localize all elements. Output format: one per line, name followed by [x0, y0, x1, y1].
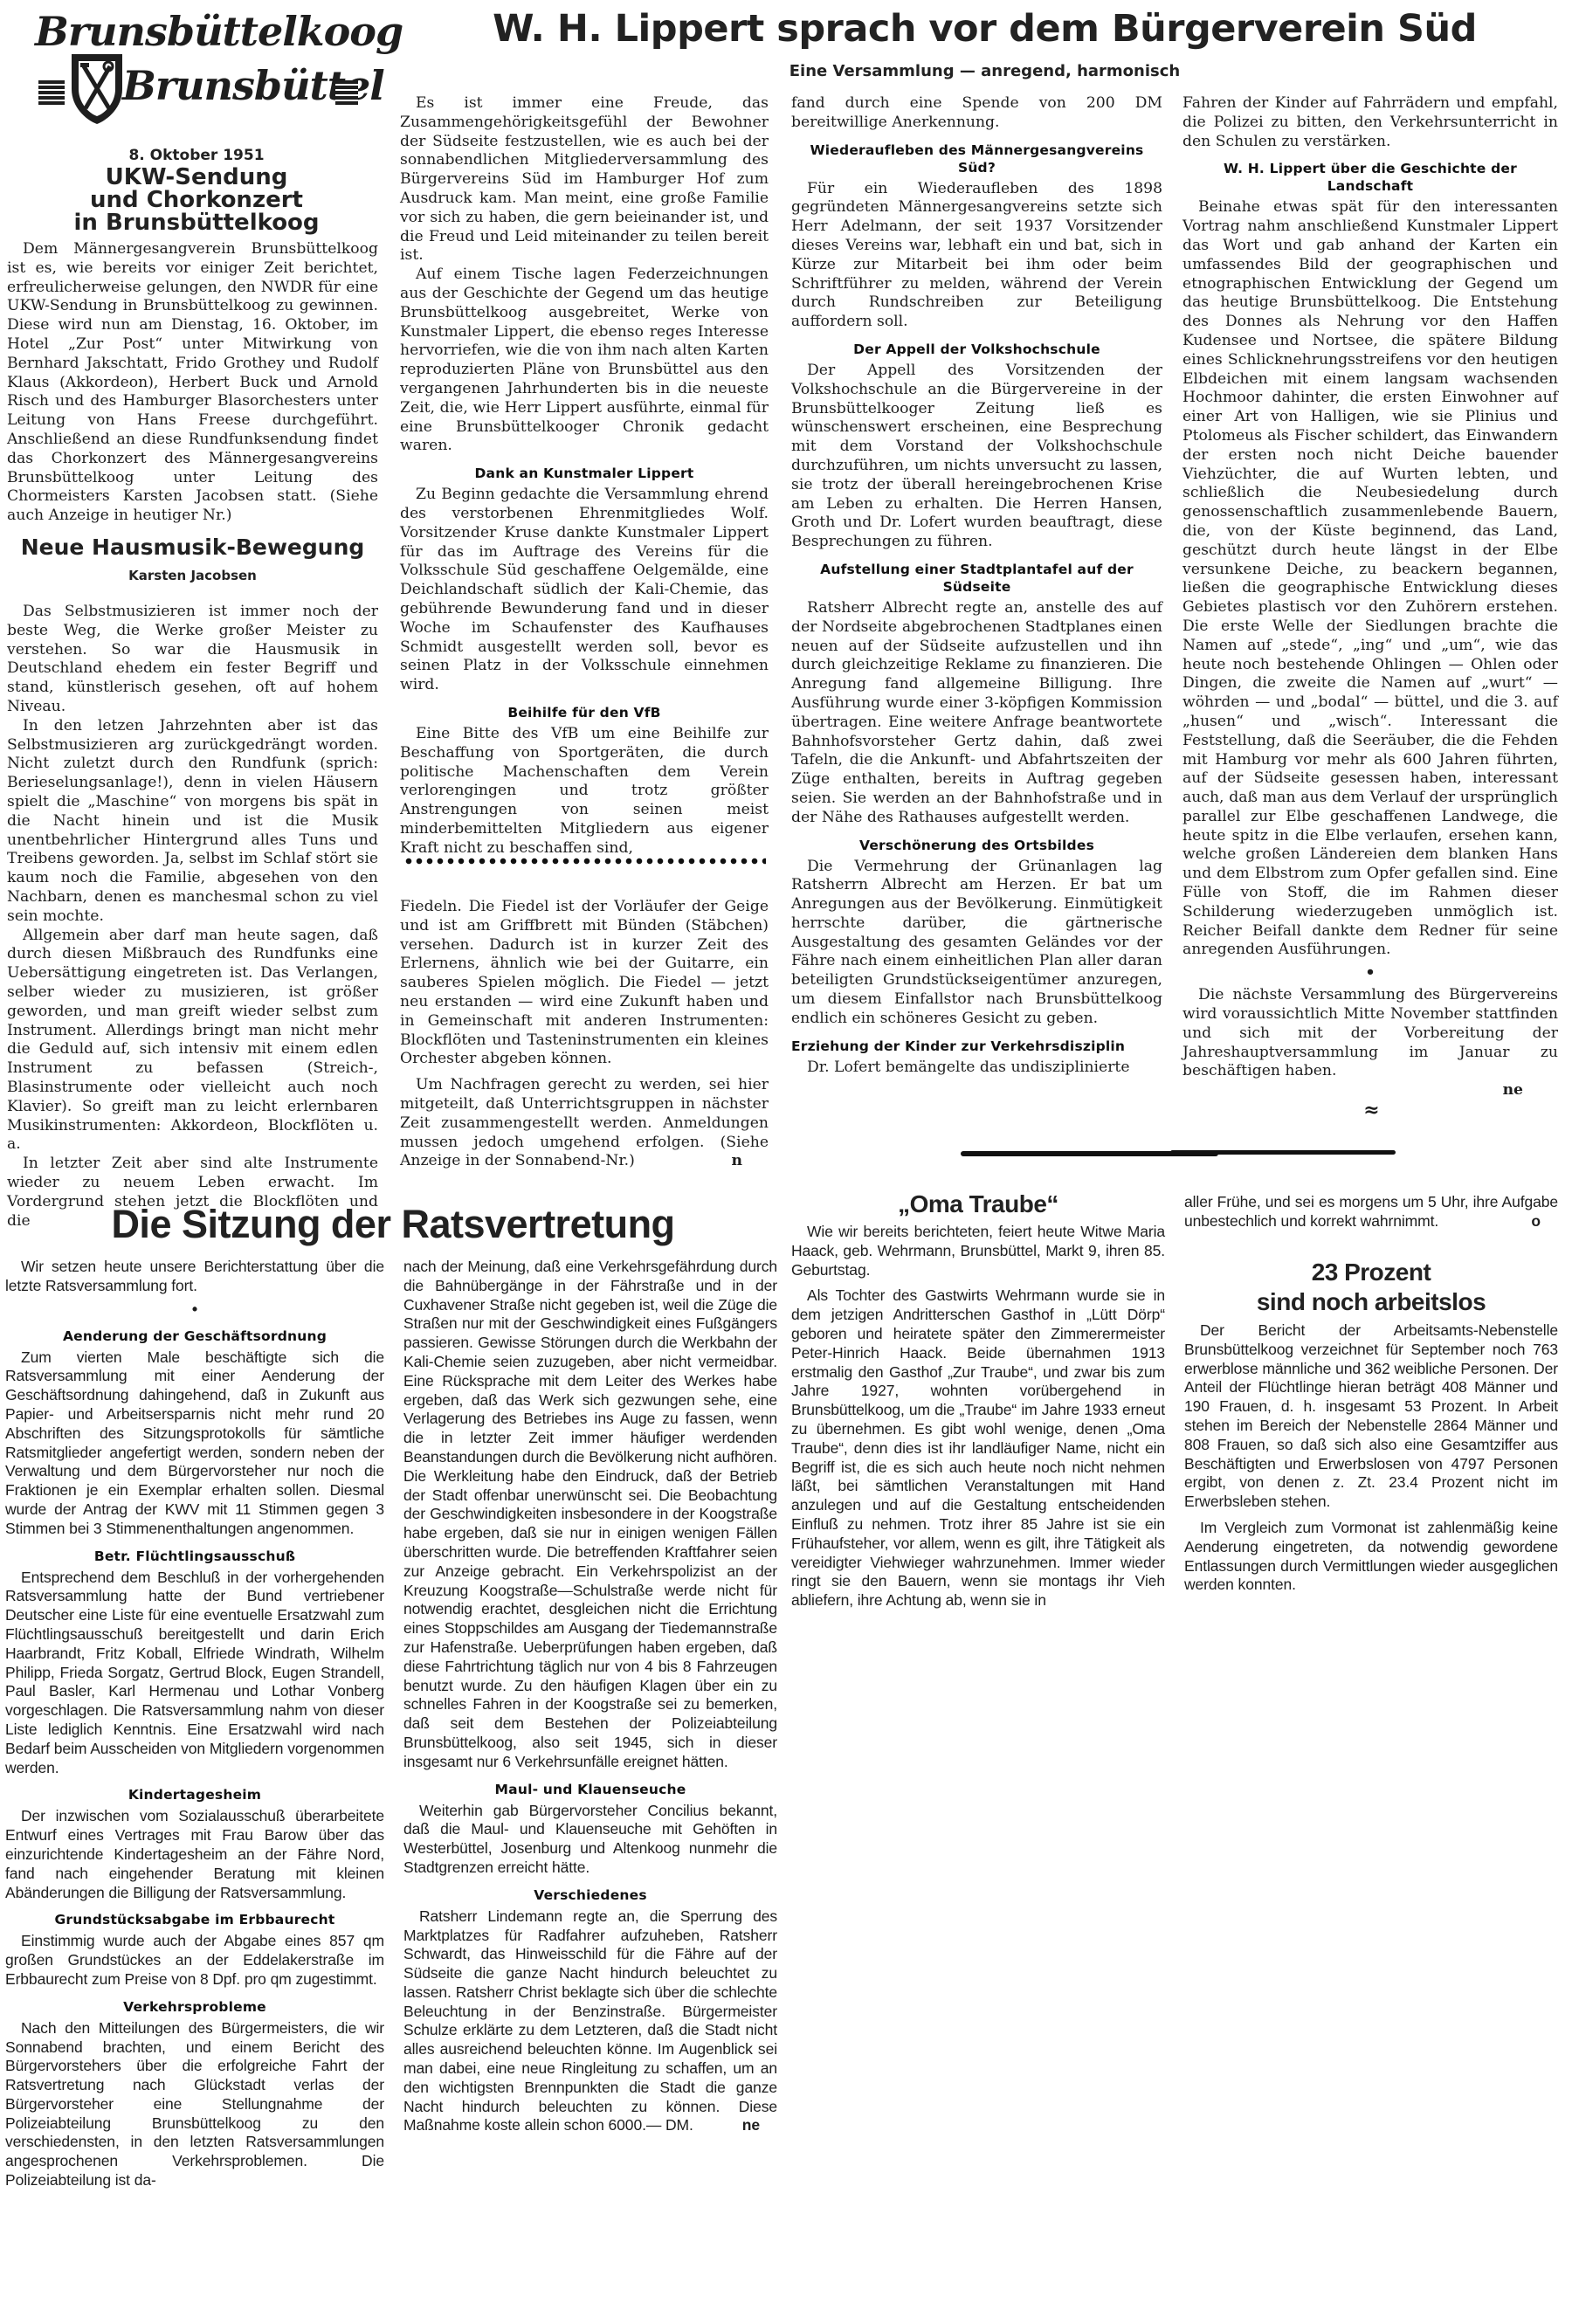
author-signature: ne	[1182, 1081, 1558, 1100]
hausmusik-headline: Neue Hausmusik-Bewegung	[7, 534, 378, 561]
lippert-column-3: Fahren der Kinder auf Fahrrädern und emp…	[1182, 94, 1558, 1120]
subhead-kindertagesheim: Kindertagesheim	[5, 1786, 384, 1803]
ratsvertretung-column-2: nach der Meinung, daß eine Verkehrsgefäh…	[403, 1258, 777, 2135]
coat-of-arms-icon	[68, 51, 126, 126]
hausmusik-author: Karsten Jacobsen	[7, 568, 378, 583]
subhead-verkehrsdisziplin: Erziehung der Kinder zur Verkehrsdiszipl…	[791, 1038, 1162, 1055]
ratsvertretung-headline: Die Sitzung der Ratsvertretung	[0, 1202, 786, 1247]
ratsvertretung-column-1: Wir setzen heute unsere Berichterstattun…	[5, 1258, 384, 2190]
end-mark: ≈	[1182, 1100, 1558, 1120]
subhead-ortsbild: Verschönerung des Ortsbildes	[791, 837, 1162, 854]
lippert-headline: W. H. Lippert sprach vor dem Bürgerverei…	[397, 3, 1572, 54]
masthead: Brunsbüttelkoog Brunsbüttel	[35, 7, 358, 138]
masthead-town-primary: Brunsbüttelkoog	[35, 7, 358, 56]
subhead-dank: Dank an Kunstmaler Lippert	[400, 465, 769, 482]
oma-traube-continuation: aller Frühe, und sei es morgens um 5 Uhr…	[1184, 1193, 1558, 1231]
banner-ribbon-right	[335, 80, 358, 105]
subhead-geschichte: W. H. Lippert über die Geschichte der La…	[1182, 160, 1558, 195]
subhead-vfb: Beihilfe für den VfB	[400, 704, 769, 721]
oma-traube-body: Wie wir bereits berichteten, feiert heut…	[791, 1223, 1165, 1610]
subhead-stadtplantafel: Aufstellung einer Stadtplantafel auf der…	[791, 561, 1162, 596]
lippert-subheadline: Eine Versammlung — anregend, harmonisch	[397, 61, 1572, 82]
banner-ribbon-left	[38, 80, 65, 105]
subhead-geschaeftsordnung: Aenderung der Geschäftsordnung	[5, 1328, 384, 1345]
hausmusik-continuation: Fiedeln. Die Fiedel ist der Vorläufer de…	[400, 898, 769, 1171]
subhead-verkehrsprobleme: Verkehrsprobleme	[5, 1998, 384, 2016]
section-rule	[1170, 1150, 1396, 1155]
lippert-column-2: fand durch eine Spende von 200 DM bereit…	[791, 94, 1162, 1077]
separator-dot: •	[5, 1300, 384, 1319]
separator-dot: •	[1182, 963, 1558, 983]
hausmusik-body: Das Selbstmusizieren ist immer noch der …	[7, 603, 378, 1231]
ukw-body: Dem Männergesangverein Brunsbüttelkoog i…	[7, 240, 378, 526]
dotted-separator	[403, 857, 766, 865]
subhead-fluechtlingsausschuss: Betr. Flüchtlingsausschuß	[5, 1548, 384, 1565]
arbeitslos-headline: 23 Prozent sind noch arbeitslos	[1184, 1258, 1558, 1317]
subhead-erbbaurecht: Grundstücksabgabe im Erbbaurecht	[5, 1911, 384, 1928]
arbeitslos-body: Der Bericht der Arbeitsamts-Nebenstelle …	[1184, 1321, 1558, 1595]
subhead-verschiedenes: Verschiedenes	[403, 1886, 777, 1904]
oma-traube-headline: „Oma Traube“	[790, 1190, 1166, 1219]
ukw-headline: UKW-Sendung und Chorkonzert in Brunsbütt…	[9, 166, 384, 234]
subhead-klauenseuche: Maul- und Klauenseuche	[403, 1781, 777, 1798]
subhead-maennergesang: Wiederaufleben des Männergesangvereins S…	[791, 141, 1162, 176]
lippert-column-1: Es ist immer eine Freude, das Zusammenge…	[400, 94, 769, 858]
subhead-volkshochschule: Der Appell der Volkshochschule	[791, 341, 1162, 358]
issue-date: 8. Oktober 1951	[35, 147, 358, 164]
